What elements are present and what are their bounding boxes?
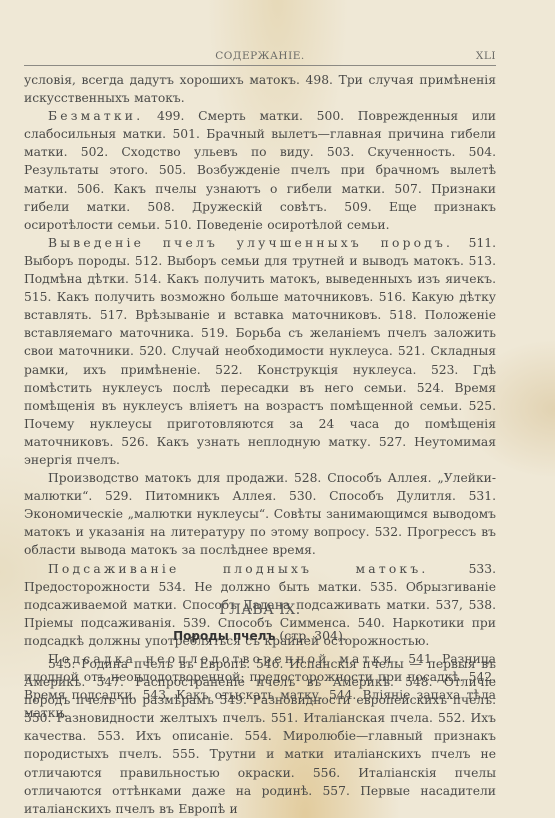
paragraph-chapter-ix: 545. Родина пчелъ въ Европѣ. 546. Испанс… [24, 655, 496, 818]
chapter-title-text: Породы пчелъ [173, 629, 275, 643]
chapter-contents: 545. Родина пчелъ въ Европѣ. 546. Испанс… [24, 655, 496, 818]
contents-body: условія, всегда дадутъ хорошихъ матокъ. … [24, 71, 496, 722]
paragraph-vyvedenie: Выведеніе пчелъ улучшенныхъ породъ. 511.… [24, 234, 496, 469]
section-lead: Подсаживаніе плодныхъ матокъ. [48, 562, 428, 576]
section-lead: Выведеніе пчелъ улучшенныхъ породъ. [48, 236, 453, 250]
running-head-title: СОДЕРЖАНІЕ. [24, 50, 496, 62]
chapter-page-ref: (стр. 304). [275, 628, 346, 643]
running-head: СОДЕРЖАНІЕ. XLI [24, 50, 496, 66]
page-number: XLI [476, 50, 496, 62]
chapter-heading: ГЛАВА IX. [24, 602, 496, 618]
header-rule [24, 65, 496, 66]
chapter-title: Породы пчелъ (стр. 304). [24, 628, 496, 643]
paragraph-bezmatki: Безматки. 499. Смерть матки. 500. Повреж… [24, 107, 496, 234]
section-lead: Безматки. [48, 109, 143, 123]
paragraph-continuation: условія, всегда дадутъ хорошихъ матокъ. … [24, 71, 496, 107]
paragraph-proizvodstvo: Производство матокъ для продажи. 528. Сп… [24, 469, 496, 559]
